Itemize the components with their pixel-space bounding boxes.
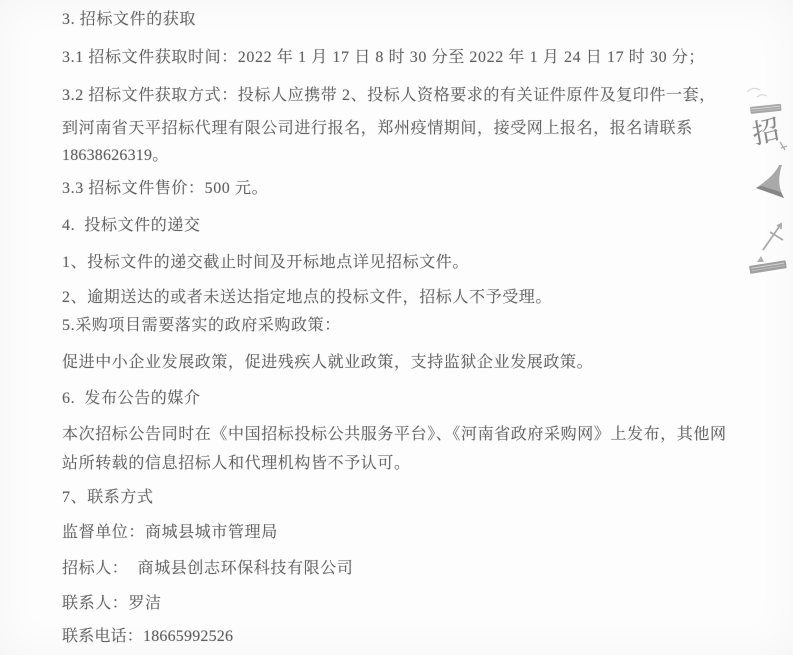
doc-line-3-3: 3.3 招标文件售价：500 元。 [62, 180, 268, 197]
doc-line-contact-phone: 联系电话：18665992526 [62, 628, 233, 645]
doc-line-section3-title: 3. 招标文件的获取 [62, 11, 196, 28]
fold-wedge-shade [756, 186, 784, 198]
doc-line-section6-title: 6. 发布公告的媒介 [62, 390, 201, 407]
doc-line-3-2-cont: 到河南省天平招标代理有限公司进行报名，郑州疫情期间，接受网上报名，报名请联系 [62, 120, 693, 137]
triangle-speck [757, 256, 764, 262]
doc-line-3-2: 3.2 招标文件获取方式：投标人应携带 2、投标人资格要求的有关证件原件及复印件… [62, 87, 702, 104]
fold-wedge-mark [756, 165, 784, 198]
doc-line-6-body: 本次招标公告同时在《中国招标投标公共服务平台》、《河南省政府采购网》上发布，其他… [62, 426, 702, 443]
doc-line-6-body-cont: 站所转载的信息招标人和代理机构皆不予认可。 [62, 455, 411, 472]
doc-line-4-2: 2、逾期送达的或者未送达指定地点的投标文件，招标人不予受理。 [62, 289, 552, 306]
fold-dash-bottom [749, 260, 787, 274]
faint-squiggle-mark [747, 88, 767, 97]
doc-line-supervisor: 监督单位：商城县城市管理局 [62, 524, 278, 541]
doc-line-contact-person: 联系人：罗洁 [62, 595, 162, 612]
scanned-document-page: 3. 招标文件的获取 3.1 招标文件获取时间：2022 年 1 月 17 日 … [0, 0, 793, 655]
doc-line-section5-title: 5.采购项目需要落实的政府采购政策： [62, 317, 341, 334]
partial-character-strokes [763, 224, 783, 250]
doc-line-5-body: 促进中小企业发展政策，促进残疾人就业政策，支持监狱企业发展政策。 [62, 354, 593, 371]
doc-line-section7-title: 7、联系方式 [62, 489, 154, 506]
doc-line-4-1: 1、投标文件的递交截止时间及开标地点详见招标文件。 [62, 254, 469, 271]
doc-line-phone-1: 18638626319。 [62, 147, 168, 164]
doc-line-tenderer: 招标人： 商城县创志环保科技有限公司 [62, 560, 353, 577]
doc-line-3-1: 3.1 招标文件获取时间：2022 年 1 月 17 日 8 时 30 分至 2… [62, 49, 702, 66]
partial-stamp-character: 招 [749, 107, 782, 152]
doc-line-section4-title: 4. 投标文件的递交 [62, 217, 201, 234]
